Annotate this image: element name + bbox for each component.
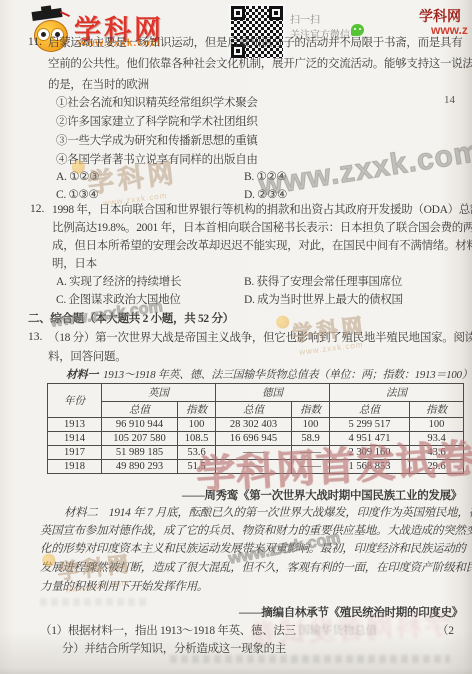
table-subheader-index: 指数 xyxy=(178,402,216,418)
cell-uk-index: 100 xyxy=(178,418,216,432)
material-2-line-1: 材料二 1914 年 7 月底，酝酿已久的第一次世界大战爆发，印度作为英国殖民地… xyxy=(64,506,472,521)
table-header-fr: 法国 xyxy=(330,384,464,402)
bleed-through-text xyxy=(170,655,450,663)
cell-year: 1918 xyxy=(48,460,102,474)
q13-intro-1: （18 分）第一次世界大战是帝国主义战争，但它也影响到了殖民地半殖民地国家。阅读… xyxy=(48,331,472,346)
cell-uk-total: 105 207 580 xyxy=(102,432,178,446)
q11-line-1: 启蒙运动主要是一场知识运动，但是启蒙知识分子的活动并不局限于书斋，而是具有 xyxy=(48,36,462,51)
cell-year: 1917 xyxy=(48,446,102,460)
material-2-line-2: 英国宣布参加对德作战，成了它的兵员、物资和财力的重要供应基地。大战造成的突然变 xyxy=(40,524,472,539)
cell-de-total: 28 302 403 xyxy=(216,418,292,432)
material-1-title: 材料一 1913～1918 年英、德、法三国输华货物总值表（单位：两；指数：19… xyxy=(66,368,472,383)
q12-number: 12. xyxy=(30,203,44,215)
q11-item-3: ③一些大学成为研究和传播新思想的重镇 xyxy=(56,134,258,149)
table-row: 1913 96 910 944 100 28 302 403 100 5 299… xyxy=(48,418,464,432)
cell-year: 1914 xyxy=(48,432,102,446)
watermark-url-large: www.zxxk.com xyxy=(257,135,472,204)
table-subheader-index: 指数 xyxy=(292,402,330,418)
q12-choice-b: B. 获得了安理会常任理事国席位 xyxy=(244,275,402,290)
table-header-year: 年份 xyxy=(48,384,102,418)
qr-caption-scan: 扫一扫 xyxy=(290,11,320,26)
table-subheader-total: 总值 xyxy=(330,402,410,418)
q13-intro-2: 料，回答问题。 xyxy=(48,350,126,365)
q12-choice-d: D. 成为当时世界上最大的债权国 xyxy=(244,293,403,308)
q11-item-2: ②许多国家建立了科学院和学术社团组织 xyxy=(56,115,258,130)
cell-uk-total: 49 890 293 xyxy=(102,460,178,474)
table-header-de: 德国 xyxy=(216,384,330,402)
bleed-through-text xyxy=(40,598,150,606)
table-subheader-total: 总值 xyxy=(102,402,178,418)
q11-line-2: 空前的公共性。他们依靠各种社会文化机制，展开广泛的交流活动。能够支持这一说法 xyxy=(48,57,472,72)
page-number: 14 xyxy=(444,94,455,106)
q11-line-3: 的是，在当时的欧洲 xyxy=(48,78,149,93)
q12-choice-a: A. 实现了经济的持续增长 xyxy=(56,275,181,290)
cell-uk-total: 96 910 944 xyxy=(102,418,178,432)
q12-line-3: 成，但日本所希望的安理会改革却迟迟不能实现，对此，在国民中间有不满情绪。材料表 xyxy=(52,239,472,254)
cell-year: 1913 xyxy=(48,418,102,432)
q12-line-4: 明，日本 xyxy=(52,257,97,272)
q11-number: 11. xyxy=(28,36,42,48)
material-1-caption: 1913～1918 年英、德、法三国输华货物总值表（单位：两；指数：1913＝1… xyxy=(103,369,472,381)
table-header-uk: 英国 xyxy=(102,384,216,402)
wechat-icon xyxy=(351,24,364,36)
corner-url: www.z xyxy=(431,23,468,37)
cell-de-index: 100 xyxy=(292,418,330,432)
cell-uk-total: 51 989 185 xyxy=(102,446,178,460)
watermark-logo-ghost: 学科网 www.zxxk.com xyxy=(86,153,181,210)
watermark-logo-ghost: 学科网 www.zxxk.com xyxy=(290,310,369,358)
scanned-exam-page: 学科网 www.zxxk.com 扫一扫 关注官方微信 学科网 www.z 14… xyxy=(0,0,472,674)
q12-line-2: 比例高达19.8%。2001 年，日本首相向联合国秘书长表示：日本担负了联合国会… xyxy=(52,221,472,236)
owl-ghost-icon xyxy=(276,315,290,329)
table-subheader-total: 总值 xyxy=(216,402,292,418)
cell-fr-total: 5 299 517 xyxy=(330,418,410,432)
q11-item-1: ①社会名流和知识精英经常组织学术聚会 xyxy=(56,96,258,111)
material-1-label: 材料一 xyxy=(66,369,98,381)
table-subheader-index: 指数 xyxy=(410,402,464,418)
q13-number: 13. xyxy=(28,331,42,343)
